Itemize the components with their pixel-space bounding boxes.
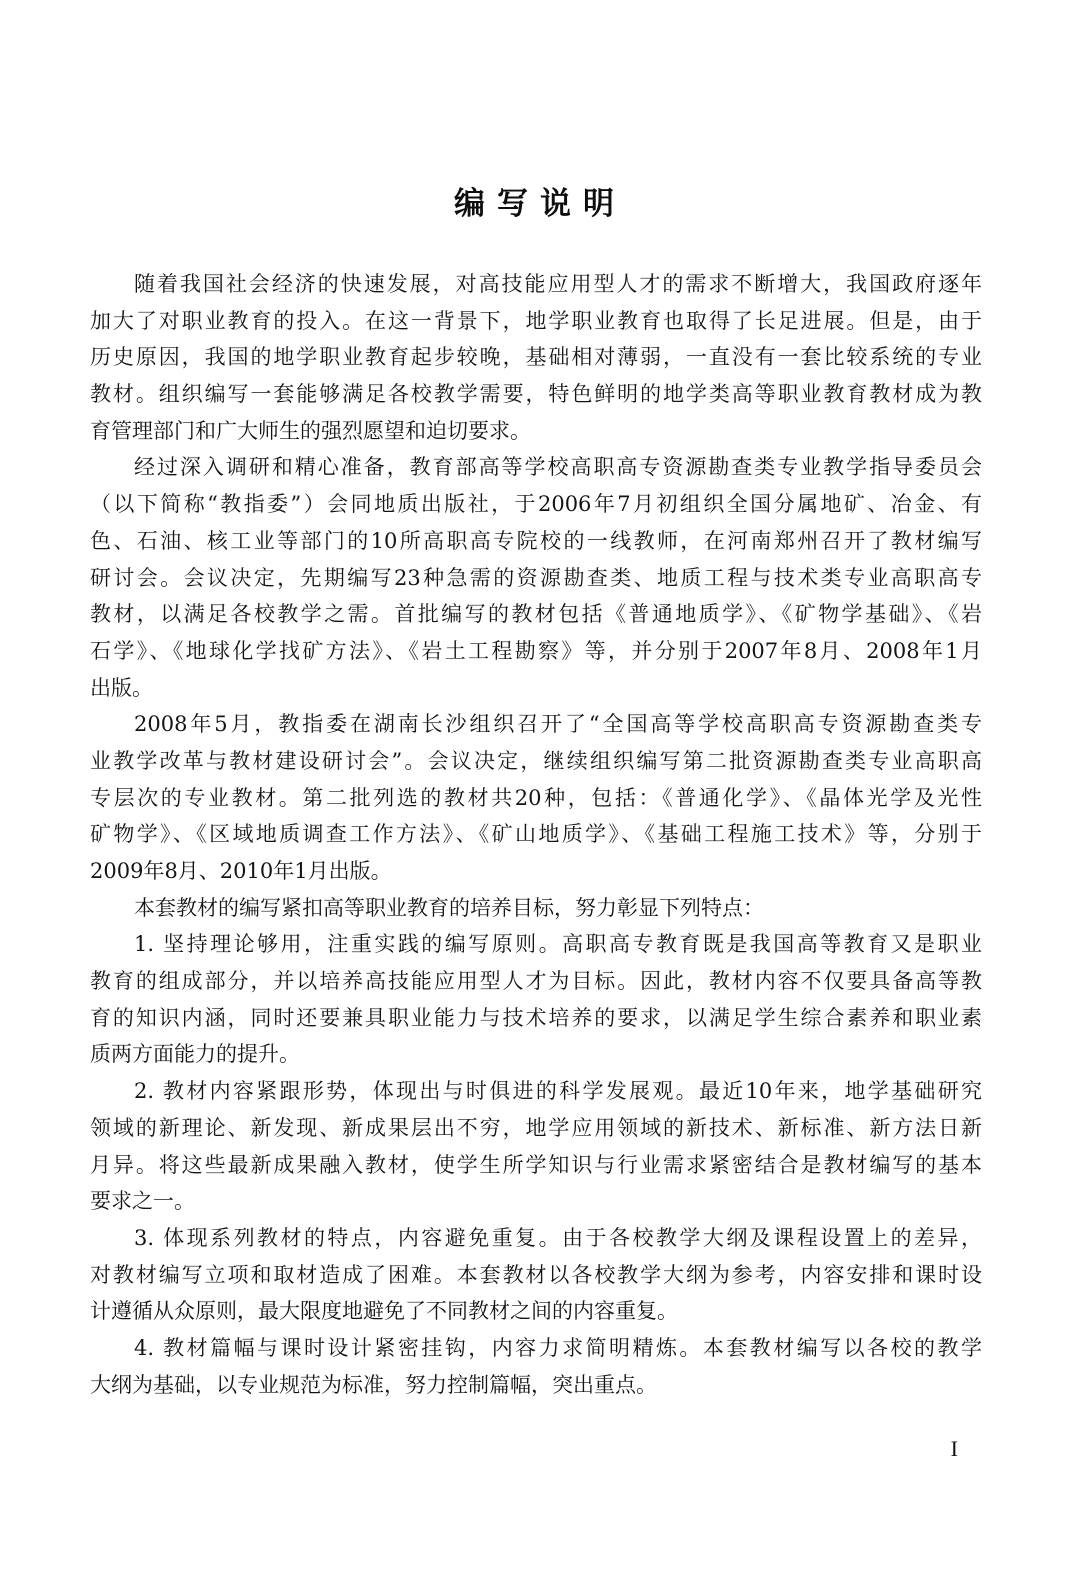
page-title: 编写说明 bbox=[0, 178, 1080, 223]
list-item-2: 2. 教材内容紧跟形势，体现出与时俱进的科学发展观。最近10年来，地学基础研究 … bbox=[90, 1073, 982, 1220]
text-line: 3. 体现系列教材的特点，内容避免重复。由于各校教学大纲及课程设置上的差异， bbox=[90, 1220, 982, 1257]
text-line: 随着我国社会经济的快速发展，对高技能应用型人才的需求不断增大，我国政府逐年 bbox=[90, 266, 982, 303]
paragraph: 经过深入调研和精心准备，教育部高等学校高职高专资源勘查类专业教学指导委员会 （以… bbox=[90, 449, 982, 706]
text-line: 要求之一。 bbox=[90, 1183, 982, 1220]
text-line: 教育的组成部分，并以培养高技能应用型人才为目标。因此，教材内容不仅要具备高等教 bbox=[90, 963, 982, 1000]
document-page: 编写说明 随着我国社会经济的快速发展，对高技能应用型人才的需求不断增大，我国政府… bbox=[0, 0, 1080, 1569]
text-line: 育的知识内涵，同时还要兼具职业能力与技术培养的要求，以满足学生综合素养和职业素 bbox=[90, 1000, 982, 1037]
text-line: 4. 教材篇幅与课时设计紧密挂钩，内容力求简明精炼。本套教材编写以各校的教学 bbox=[90, 1330, 982, 1367]
text-line: 1. 坚持理论够用，注重实践的编写原则。高职高专教育既是我国高等教育又是职业 bbox=[90, 926, 982, 963]
text-line: 经过深入调研和精心准备，教育部高等学校高职高专资源勘查类专业教学指导委员会 bbox=[90, 449, 982, 486]
text-line: 2008年5月，教指委在湖南长沙组织召开了“全国高等学校高职高专资源勘查类专 bbox=[90, 706, 982, 743]
text-line: 石学》、《地球化学找矿方法》、《岩土工程勘察》等，并分别于2007年8月、200… bbox=[90, 633, 982, 670]
document-body: 随着我国社会经济的快速发展，对高技能应用型人才的需求不断增大，我国政府逐年 加大… bbox=[90, 266, 982, 1403]
text-line: 加大了对职业教育的投入。在这一背景下，地学职业教育也取得了长足进展。但是，由于 bbox=[90, 303, 982, 340]
text-line: 大纲为基础，以专业规范为标准，努力控制篇幅，突出重点。 bbox=[90, 1367, 982, 1404]
list-item-3: 3. 体现系列教材的特点，内容避免重复。由于各校教学大纲及课程设置上的差异， 对… bbox=[90, 1220, 982, 1330]
text-line: 矿物学》、《区域地质调查工作方法》、《矿山地质学》、《基础工程施工技术》等，分别… bbox=[90, 816, 982, 853]
text-line: 教材，以满足各校教学之需。首批编写的教材包括《普通地质学》、《矿物学基础》、《岩 bbox=[90, 596, 982, 633]
text-line: 领域的新理论、新发现、新成果层出不穷，地学应用领域的新技术、新标准、新方法日新 bbox=[90, 1110, 982, 1147]
text-line: 教材。组织编写一套能够满足各校教学需要，特色鲜明的地学类高等职业教育教材成为教 bbox=[90, 376, 982, 413]
text-line: 出版。 bbox=[90, 670, 982, 707]
text-line: 质两方面能力的提升。 bbox=[90, 1036, 982, 1073]
text-line: 月异。将这些最新成果融入教材，使学生所学知识与行业需求紧密结合是教材编写的基本 bbox=[90, 1147, 982, 1184]
text-line: 本套教材的编写紧扣高等职业教育的培养目标，努力彰显下列特点： bbox=[90, 890, 982, 927]
paragraph: 随着我国社会经济的快速发展，对高技能应用型人才的需求不断增大，我国政府逐年 加大… bbox=[90, 266, 982, 449]
paragraph: 本套教材的编写紧扣高等职业教育的培养目标，努力彰显下列特点： bbox=[90, 890, 982, 927]
text-line: 历史原因，我国的地学职业教育起步较晚，基础相对薄弱，一直没有一套比较系统的专业 bbox=[90, 339, 982, 376]
text-line: 专层次的专业教材。第二批列选的教材共20种，包括：《普通化学》、《晶体光学及光性 bbox=[90, 780, 982, 817]
list-item-1: 1. 坚持理论够用，注重实践的编写原则。高职高专教育既是我国高等教育又是职业 教… bbox=[90, 926, 982, 1073]
list-item-4: 4. 教材篇幅与课时设计紧密挂钩，内容力求简明精炼。本套教材编写以各校的教学 大… bbox=[90, 1330, 982, 1403]
text-line: 对教材编写立项和取材造成了困难。本套教材以各校教学大纲为参考，内容安排和课时设 bbox=[90, 1257, 982, 1294]
text-line: 育管理部门和广大师生的强烈愿望和迫切要求。 bbox=[90, 413, 982, 450]
text-line: 2. 教材内容紧跟形势，体现出与时俱进的科学发展观。最近10年来，地学基础研究 bbox=[90, 1073, 982, 1110]
paragraph: 2008年5月，教指委在湖南长沙组织召开了“全国高等学校高职高专资源勘查类专 业… bbox=[90, 706, 982, 889]
text-line: 2009年8月、2010年1月出版。 bbox=[90, 853, 982, 890]
text-line: 计遵循从众原则，最大限度地避免了不同教材之间的内容重复。 bbox=[90, 1293, 982, 1330]
text-line: 业教学改革与教材建设研讨会”。会议决定，继续组织编写第二批资源勘查类专业高职高 bbox=[90, 743, 982, 780]
text-line: 色、石油、核工业等部门的10所高职高专院校的一线教师，在河南郑州召开了教材编写 bbox=[90, 523, 982, 560]
text-line: （以下简称“教指委”）会同地质出版社，于2006年7月初组织全国分属地矿、冶金、… bbox=[90, 486, 982, 523]
page-number: I bbox=[951, 1436, 958, 1462]
text-line: 研讨会。会议决定，先期编写23种急需的资源勘查类、地质工程与技术类专业高职高专 bbox=[90, 560, 982, 597]
